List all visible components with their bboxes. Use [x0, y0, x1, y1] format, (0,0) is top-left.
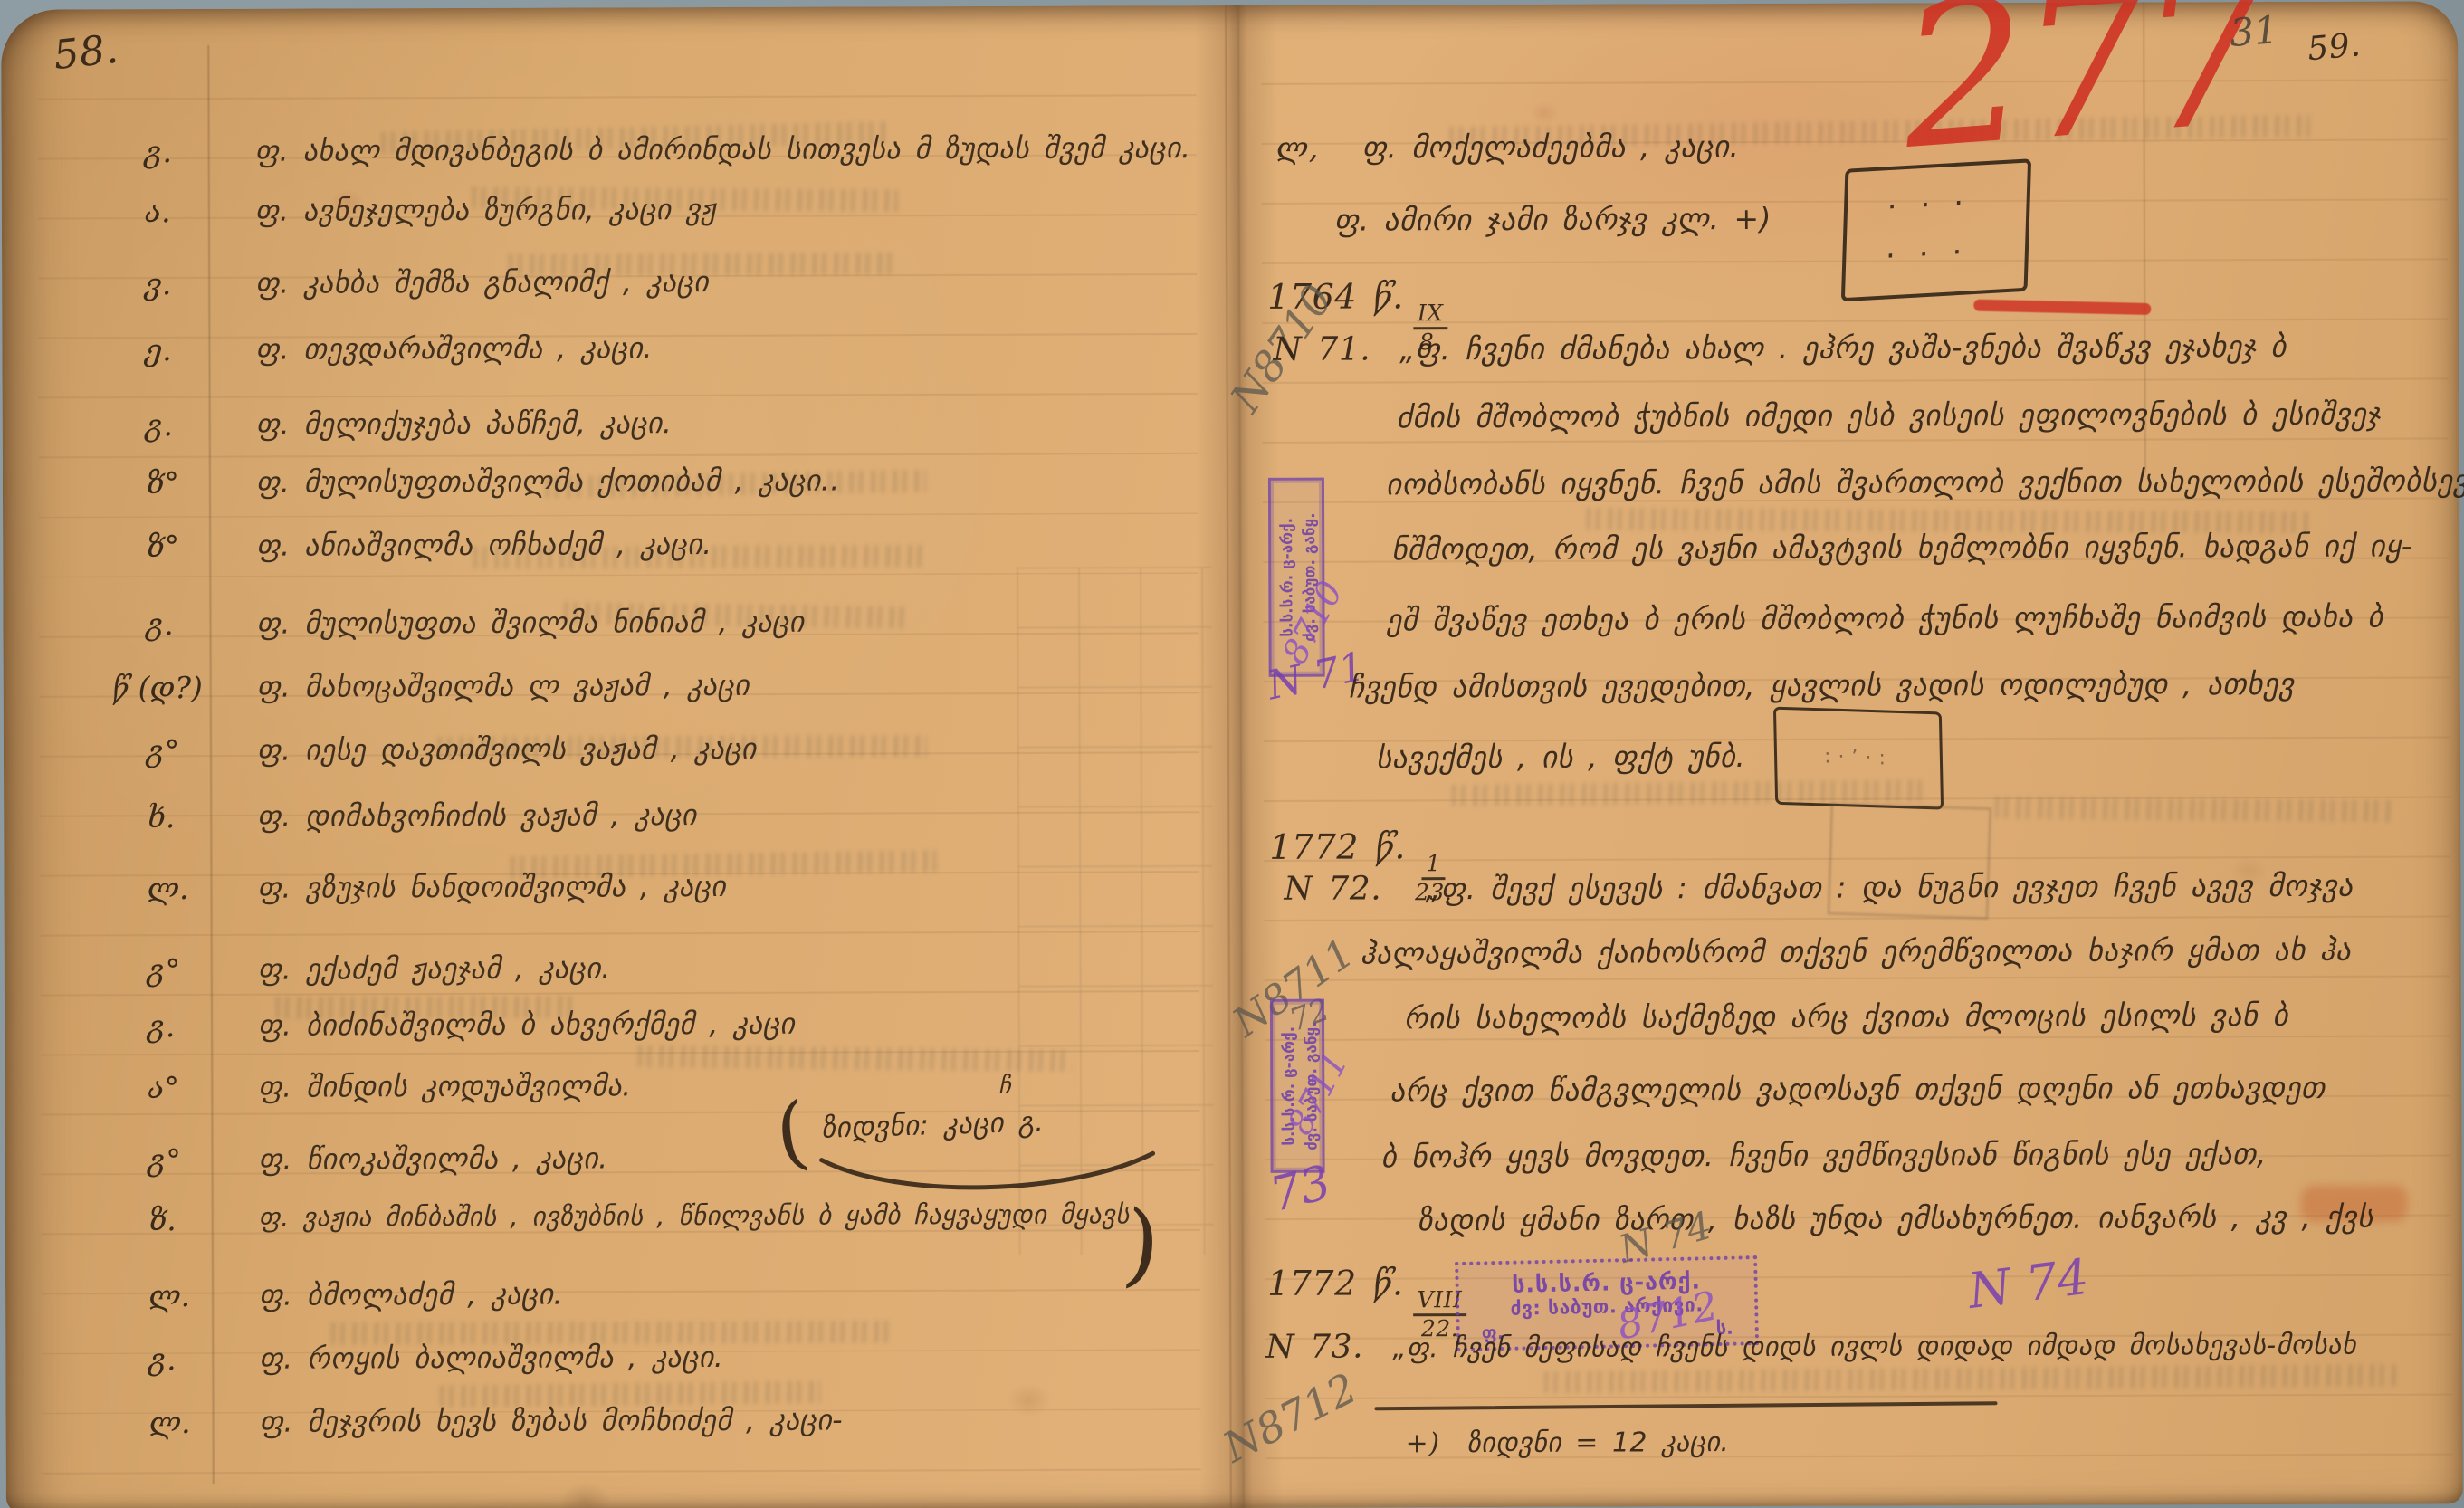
folio-number-left: 58. [52, 26, 121, 79]
entry-ordinal: ვ. [145, 266, 255, 301]
footnote: +) ზიდვნი = 12 კაცი. [1406, 1427, 1730, 1459]
date-year: 1772 წ. [1269, 826, 1406, 867]
entry-ordinal: ზ° [146, 529, 256, 564]
annotation-caret: ჩ [998, 1073, 1011, 1100]
list-entry: ზ°ფ. ანიაშვილმა ოჩხაძემ , კაცი. [146, 527, 712, 564]
hand-drawn-box-small: :·ʼ·: [1773, 707, 1944, 810]
entry-text: ფ. მელიქუჯება პაწჩემ, კაცი. [256, 406, 673, 443]
notebook-spread: 58. გ.ფ. ახალ მდივანბეგის ბ ამირინდას სი… [1, 1, 2463, 1508]
para71-line: ნშმოდეთ, რომ ეს ვაჟნი ამავტვის ხემლობნი … [1391, 528, 2412, 567]
list-entry: გ.ფ. როყის ბალიაშვილმა , კაცი. [148, 1340, 723, 1377]
entry-ordinal: ე. [145, 332, 255, 367]
para72-line: N 72. „ფ. შევქ ესევეს : ძმანვათ : და ნუგ… [1284, 867, 2353, 908]
entry-a-ordinal: ლ, [1276, 130, 1319, 166]
entry-text: ფ. მახოცაშვილმა ლ ვაჟამ , კაცი [257, 668, 750, 705]
entry-ordinal: ლ. [148, 1278, 259, 1313]
list-entry: ა°ფ. შინდის კოდუაშვილმა. [148, 1068, 632, 1105]
annotation-open-paren: ( [769, 1084, 814, 1181]
list-entry: ე.ფ. თევდარაშვილმა , კაცი. [145, 330, 653, 367]
entry-ordinal: გ. [146, 407, 256, 443]
entry-ordinal: გ. [148, 1341, 259, 1377]
dots-row: ··· [1886, 192, 1987, 219]
entry-ordinal: ა. [145, 194, 255, 229]
list-entry: ლ.ფ. ბმოლაძემ , კაცი. [148, 1277, 563, 1314]
entry-ordinal: გ. [148, 1008, 258, 1044]
para72-text: ზადის ყმანი ზართ , ხაზს უნდა ემსახურნეთ.… [1418, 1199, 2373, 1238]
entry-ordinal: ა° [148, 1070, 258, 1105]
para73-text: „ფ. ჩვენ მეფისად ჩვენს დიდს ივლს დიდად ი… [1392, 1330, 2356, 1365]
para72-line: არც ქვით წამგვლელის ვადოსავნ თქვენ დღენი… [1390, 1070, 2326, 1109]
red-number-crossbar [1973, 300, 2151, 315]
entry-text: ფ. წიოკაშვილმა , კაცი. [258, 1141, 607, 1177]
entry-ordinal: გ° [148, 1142, 258, 1178]
para72-text: „ფ. შევქ ესევეს : ძმანვათ : და ნუგნი ევჯ… [1425, 868, 2353, 907]
para72-line: ჰალაყაშვილმა ქაიხოსრომ თქვენ ერემწვილთა … [1361, 932, 2352, 971]
list-entry: ზ°ფ. მულისუფთაშვილმა ქოთიბამ , კაცი.. [146, 463, 840, 501]
list-entry: გ°ფ. იესე დავთიშვილს ვაჟამ , კაცი [147, 731, 757, 768]
entry-text: ფ. როყის ბალიაშვილმა , კაცი. [259, 1340, 723, 1377]
entry-ordinal: გ. [146, 606, 256, 642]
entry-a: ლ, ფ. მოქელაძეებმა , კაცი. [1276, 129, 1740, 166]
para71-line: N 71. „ფ. ჩვენი ძმანება ახალ . ეჰრე ვაშა… [1273, 328, 2287, 368]
date-year: 1772 წ. [1267, 1263, 1404, 1303]
dots-row: ··· [1886, 241, 1986, 268]
entry-text: ფ. ვზუჯის ნანდოიშვილმა , კაცი [257, 869, 726, 906]
para71-closing: სავექმეს , ის , ფქტ უნბ. [1376, 739, 1746, 775]
para71-line: ეშ შვაწევ ეთხეა ბ ერის მშობლობ ჭუნის ლუჩ… [1386, 599, 2383, 638]
para71-line: ჩვენდ ამისთვის ევედებით, ყავლის ვადის ოდ… [1349, 666, 2295, 705]
entry-ordinal: ლ. [148, 1405, 259, 1440]
entry-ordinal: გ. [145, 134, 255, 169]
para72-label: N 72. [1284, 870, 1381, 907]
list-entry: ვ.ფ. კახბა შემზა გნალიმქ , კაცი [145, 264, 709, 301]
folio-number-right: 59. [2306, 26, 2363, 68]
bleedthrough-smudge [638, 1045, 1073, 1072]
list-entry: ხ.ფ. დიმახვოჩიძის ვაჟამ , კაცი [147, 797, 697, 835]
entry-ordinal: წ (დ?) [112, 670, 257, 706]
list-entry: გ.ფ. მელიქუჯება პაწჩემ, კაცი. [146, 406, 673, 443]
annotation-bracket-curve [816, 1142, 1169, 1243]
entry-a-text: ფ. მოქელაძეებმა , კაცი. [1362, 129, 1740, 165]
entry-text: ფ. მეჯვრის ხევს ზუბას მოჩხიძემ , კაცი- [259, 1403, 843, 1440]
list-entry: გ°ფ. ექაძემ ჟაეჯამ , კაცი. [148, 950, 611, 988]
para71-line: იობსობანს იყვნენ. ჩვენ ამის შვართლობ ვექ… [1386, 463, 2464, 501]
para73-label: N 73. [1265, 1328, 1363, 1365]
entry-ordinal: ზ° [146, 465, 256, 501]
entry-text: ფ. მულისუფთაშვილმა ქოთიბამ , კაცი.. [256, 463, 840, 501]
stamp-line: ს.ს.ს.რ. ც-არქ. [1278, 1009, 1301, 1163]
entry-text: ფ. ექაძემ ჟაეჯამ , კაცი. [258, 950, 611, 987]
entry-text: ფ. ბმოლაძემ , კაცი. [259, 1277, 563, 1313]
entry-ordinal: გ° [147, 733, 257, 768]
list-entry: გ.ფ. ახალ მდივანბეგის ბ ამირინდას სითვეს… [145, 130, 1191, 169]
entry-text: ფ. შინდის კოდუაშვილმა. [258, 1068, 632, 1104]
entry-text: ფ. ანიაშვილმა ოჩხაძემ , კაცი. [256, 527, 712, 564]
hand-drawn-box-dots: ··· ··· [1841, 158, 2031, 301]
pencil-number-8712: N8712 [1216, 1363, 1365, 1472]
list-entry: გ.ფ. მულისუფთა შვილმა ნინიამ , კაცი [146, 605, 804, 643]
para73-line: N 73. „ფ. ჩვენ მეფისად ჩვენს დიდს ივლს დ… [1265, 1325, 2356, 1366]
crease-gutter-1 [1225, 5, 1232, 1508]
footnote-marker: +) [1406, 1427, 1440, 1459]
para72-line: რის სახელობს საქმეზედ არც ქვითა მლოცის ე… [1404, 997, 2288, 1036]
archive-number-red: 277 [1896, 0, 2269, 178]
entry-ordinal: ლ. [147, 871, 257, 906]
annotation-text: ზიდვნი: კაცი გ. [821, 1106, 1045, 1145]
entry-text: ფ. მულისუფთა შვილმა ნინიამ , კაცი [256, 605, 804, 642]
bleedthrough-smudge [1995, 797, 2393, 822]
entry-text: ფ. თევდარაშვილმა , კაცი. [255, 330, 653, 367]
list-entry: ა.ფ. ავნეჯელება ზურგნი, კაცი ვჟ [145, 192, 716, 229]
entry-text: ფ. კახბა შემზა გნალიმქ , კაცი [255, 264, 709, 301]
crease-gutter-2 [1237, 5, 1245, 1508]
fraction-num: IX [1413, 301, 1448, 329]
list-entry: ლ.ფ. მეჯვრის ხევს ზუბას მოჩხიძემ , კაცი- [148, 1403, 843, 1441]
footnote-text: ზიდვნი = 12 კაცი. [1467, 1427, 1730, 1459]
entry-text: ფ. იესე დავთიშვილს ვაჟამ , კაცი [257, 731, 757, 768]
list-entry: გ°ფ. წიოკაშვილმა , კაცი. [148, 1141, 607, 1178]
entry-ordinal: ხ. [147, 799, 257, 835]
entry-text: ფ. ბიძინაშვილმა ბ ახვერქმემ , კაცი [258, 1007, 795, 1044]
para72-line: ზადის ყმანი ზართ , ხაზს უნდა ემსახურნეთ.… [1418, 1198, 2464, 1237]
folio-number-pencil: 31 [2228, 7, 2279, 55]
dots-row: :·ʼ·: [1824, 750, 1893, 767]
purple-number-n74: N 74 [1965, 1248, 2092, 1320]
list-entry: ლ.ფ. ვზუჯის ნანდოიშვილმა , კაცი [147, 869, 726, 906]
para72-line: ბ ნოჰრ ყევს მოვდეთ. ჩვენი ვემწივესიან წი… [1380, 1136, 2266, 1174]
bleedthrough-smudge [1544, 1364, 2395, 1393]
para71-line: ძმის მშობლობ ჭუბნის იმედი ესბ ვისეის ეფი… [1397, 396, 2381, 435]
list-entry: წ (დ?)ფ. მახოცაშვილმა ლ ვაჟამ , კაცი [112, 668, 750, 705]
entry-text: ფ. ავნეჯელება ზურგნი, კაცი ვჟ [255, 192, 716, 229]
entry-text: ფ. დიმახვოჩიძის ვაჟამ , კაცი [257, 797, 697, 835]
para71-label: N 71. [1273, 330, 1370, 367]
list-entry: გ.ფ. ბიძინაშვილმა ბ ახვერქმემ , კაცი [148, 1007, 795, 1044]
scanned-manuscript-photo: 58. გ.ფ. ახალ მდივანბეგის ბ ამირინდას სი… [0, 0, 2464, 1508]
entry-ordinal: ზ. [148, 1202, 259, 1237]
para71-text: „ფ. ჩვენი ძმანება ახალ . ეჰრე ვაშა-ვნება… [1399, 329, 2287, 367]
footnote-separator [1375, 1401, 1998, 1410]
entry-b-text: ფ. ამირი ჯამი ზარჯვ კლ. +) [1334, 201, 1772, 238]
entry-text: ფ. ახალ მდივანბეგის ბ ამირინდას სითვესა … [255, 130, 1191, 169]
entry-ordinal: გ° [148, 952, 258, 988]
